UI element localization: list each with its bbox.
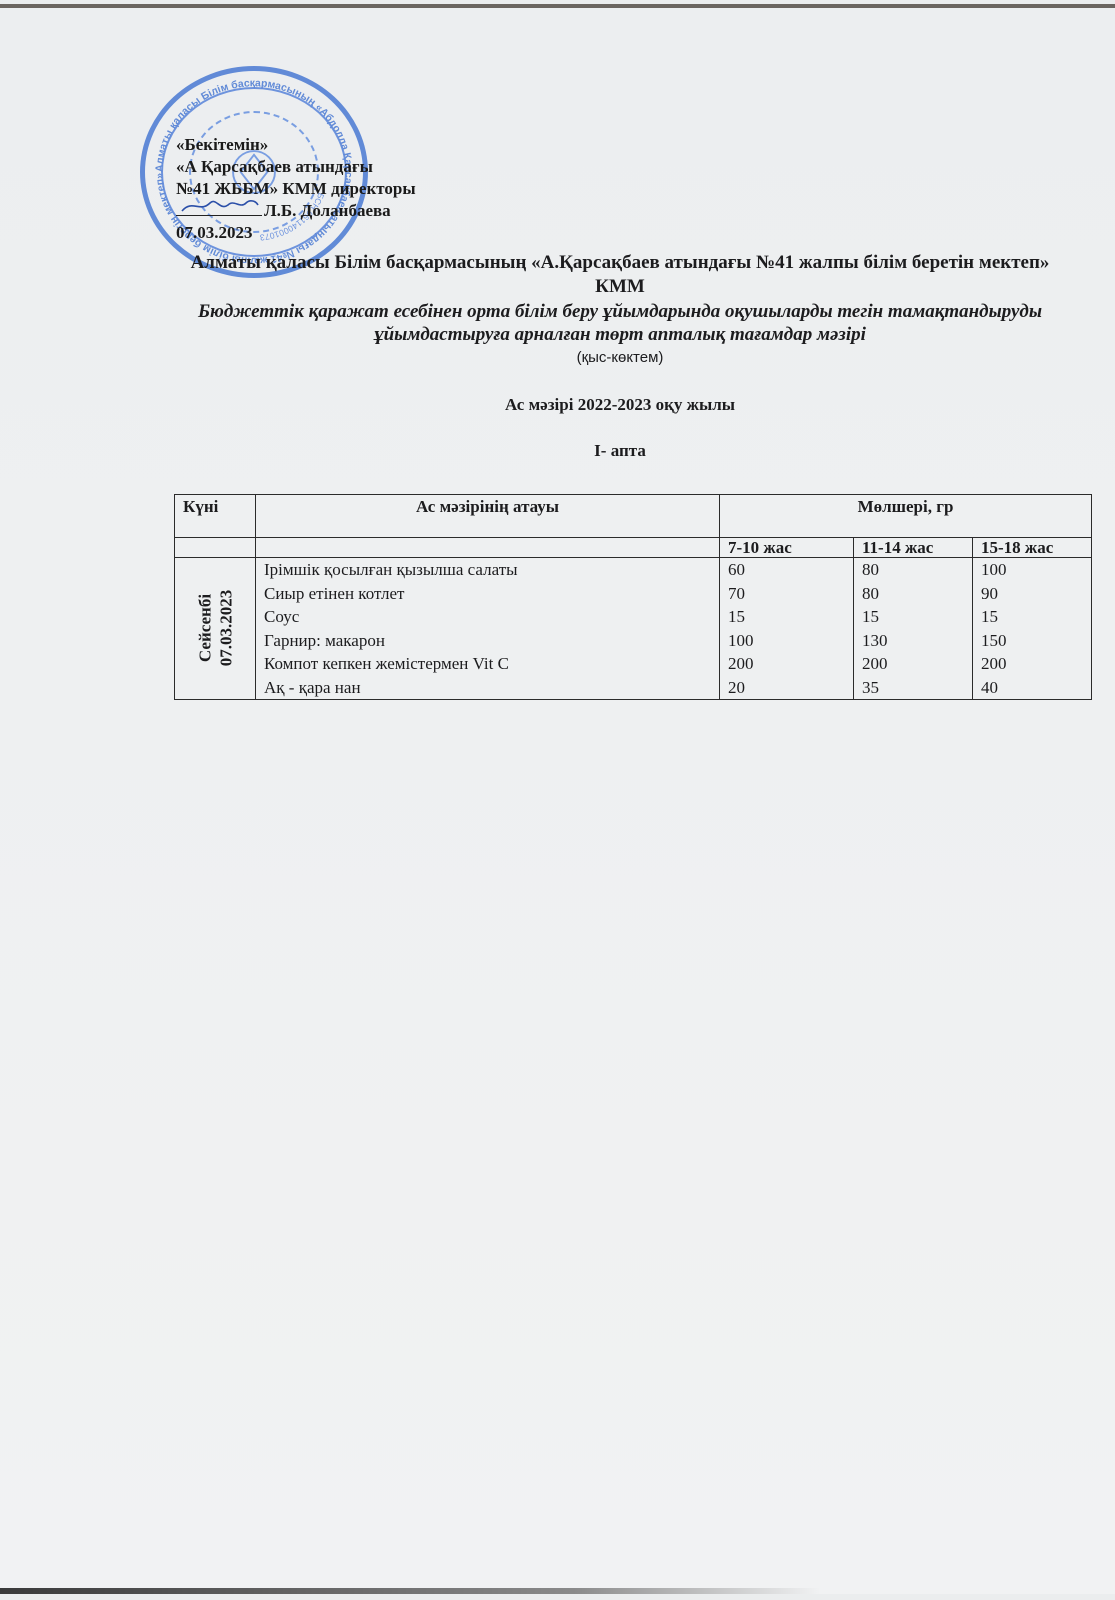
academic-year: Ас мәзірі 2022-2023 оқу жылы: [170, 395, 1070, 415]
quantity-value: 35: [862, 676, 972, 700]
dish-names: Ірімшік қосылған қызылша салаты Сиыр еті…: [256, 558, 720, 700]
header-age-11-14: 11-14 жас: [854, 538, 973, 558]
quantity-value: 130: [862, 629, 972, 653]
quantity-value: 90: [981, 582, 1091, 606]
header-quantity: Мөлшері, гр: [720, 495, 1092, 538]
dish-name: Соус: [264, 605, 719, 629]
quantity-value: 40: [981, 676, 1091, 700]
menu-subtitle: Бюджеттік қаражат есебінен орта білім бе…: [170, 300, 1070, 346]
dish-name: Сиыр етінен котлет: [264, 582, 719, 606]
quantity-value: 15: [728, 605, 853, 629]
quantity-value: 15: [862, 605, 972, 629]
subheader-empty-name: [256, 538, 720, 558]
approval-title: «Бекітемін»: [176, 134, 416, 156]
signature: [176, 201, 262, 216]
quantities-15-18: 100 90 15 150 200 40: [973, 558, 1092, 700]
quantities-11-14: 80 80 15 130 200 35: [854, 558, 973, 700]
day-date: 07.03.2023: [215, 590, 236, 667]
quantities-7-10: 60 70 15 100 200 20: [720, 558, 854, 700]
signatory-name: Л.Б. Доланбаева: [264, 201, 391, 220]
table-header-row: Күні Ас мәзірінің атауы Мөлшері, гр: [175, 495, 1092, 538]
page-bottom-edge: [0, 1588, 820, 1594]
table-row: Сейсенбі 07.03.2023 Ірімшік қосылған қыз…: [175, 558, 1092, 700]
approval-signature-line: Л.Б. Доланбаева: [176, 200, 416, 222]
day-cell: Сейсенбі 07.03.2023: [175, 558, 256, 700]
quantity-value: 60: [728, 558, 853, 582]
signature-icon: [180, 195, 260, 215]
quantity-value: 100: [981, 558, 1091, 582]
header-age-7-10: 7-10 жас: [720, 538, 854, 558]
header-day: Күні: [175, 495, 256, 538]
table-subheader-row: 7-10 жас 11-14 жас 15-18 жас: [175, 538, 1092, 558]
dish-name: Ірімшік қосылған қызылша салаты: [264, 558, 719, 582]
header-dish-name: Ас мәзірінің атауы: [256, 495, 720, 538]
dish-name: Ақ - қара нан: [264, 676, 719, 700]
menu-table: Күні Ас мәзірінің атауы Мөлшері, гр 7-10…: [174, 494, 1092, 700]
quantity-value: 15: [981, 605, 1091, 629]
header-age-15-18: 15-18 жас: [973, 538, 1092, 558]
quantity-value: 150: [981, 629, 1091, 653]
week-label: І- апта: [170, 441, 1070, 461]
quantity-value: 80: [862, 558, 972, 582]
approval-date: 07.03.2023: [176, 222, 416, 244]
quantity-value: 200: [981, 652, 1091, 676]
page-top-edge: [0, 4, 1115, 8]
document-page: Алматы қаласы Білім басқармасының «Абдол…: [0, 4, 1115, 1594]
quantity-value: 20: [728, 676, 853, 700]
quantity-value: 70: [728, 582, 853, 606]
season-label: (қыс-көктем): [170, 348, 1070, 368]
day-label: Сейсенбі 07.03.2023: [194, 590, 236, 667]
dish-name: Компот кепкен жемістермен Vit C: [264, 652, 719, 676]
subheader-empty-day: [175, 538, 256, 558]
organization-heading: Алматы қаласы Білім басқармасының «А.Қар…: [170, 251, 1070, 299]
quantity-value: 80: [862, 582, 972, 606]
dish-name: Гарнир: макарон: [264, 629, 719, 653]
quantity-value: 200: [862, 652, 972, 676]
quantity-value: 100: [728, 629, 853, 653]
day-name: Сейсенбі: [194, 590, 215, 667]
quantity-value: 200: [728, 652, 853, 676]
approval-school: «А Қарсақбаев атындағы: [176, 156, 416, 178]
approval-block: «Бекітемін» «А Қарсақбаев атындағы №41 Ж…: [176, 134, 416, 244]
